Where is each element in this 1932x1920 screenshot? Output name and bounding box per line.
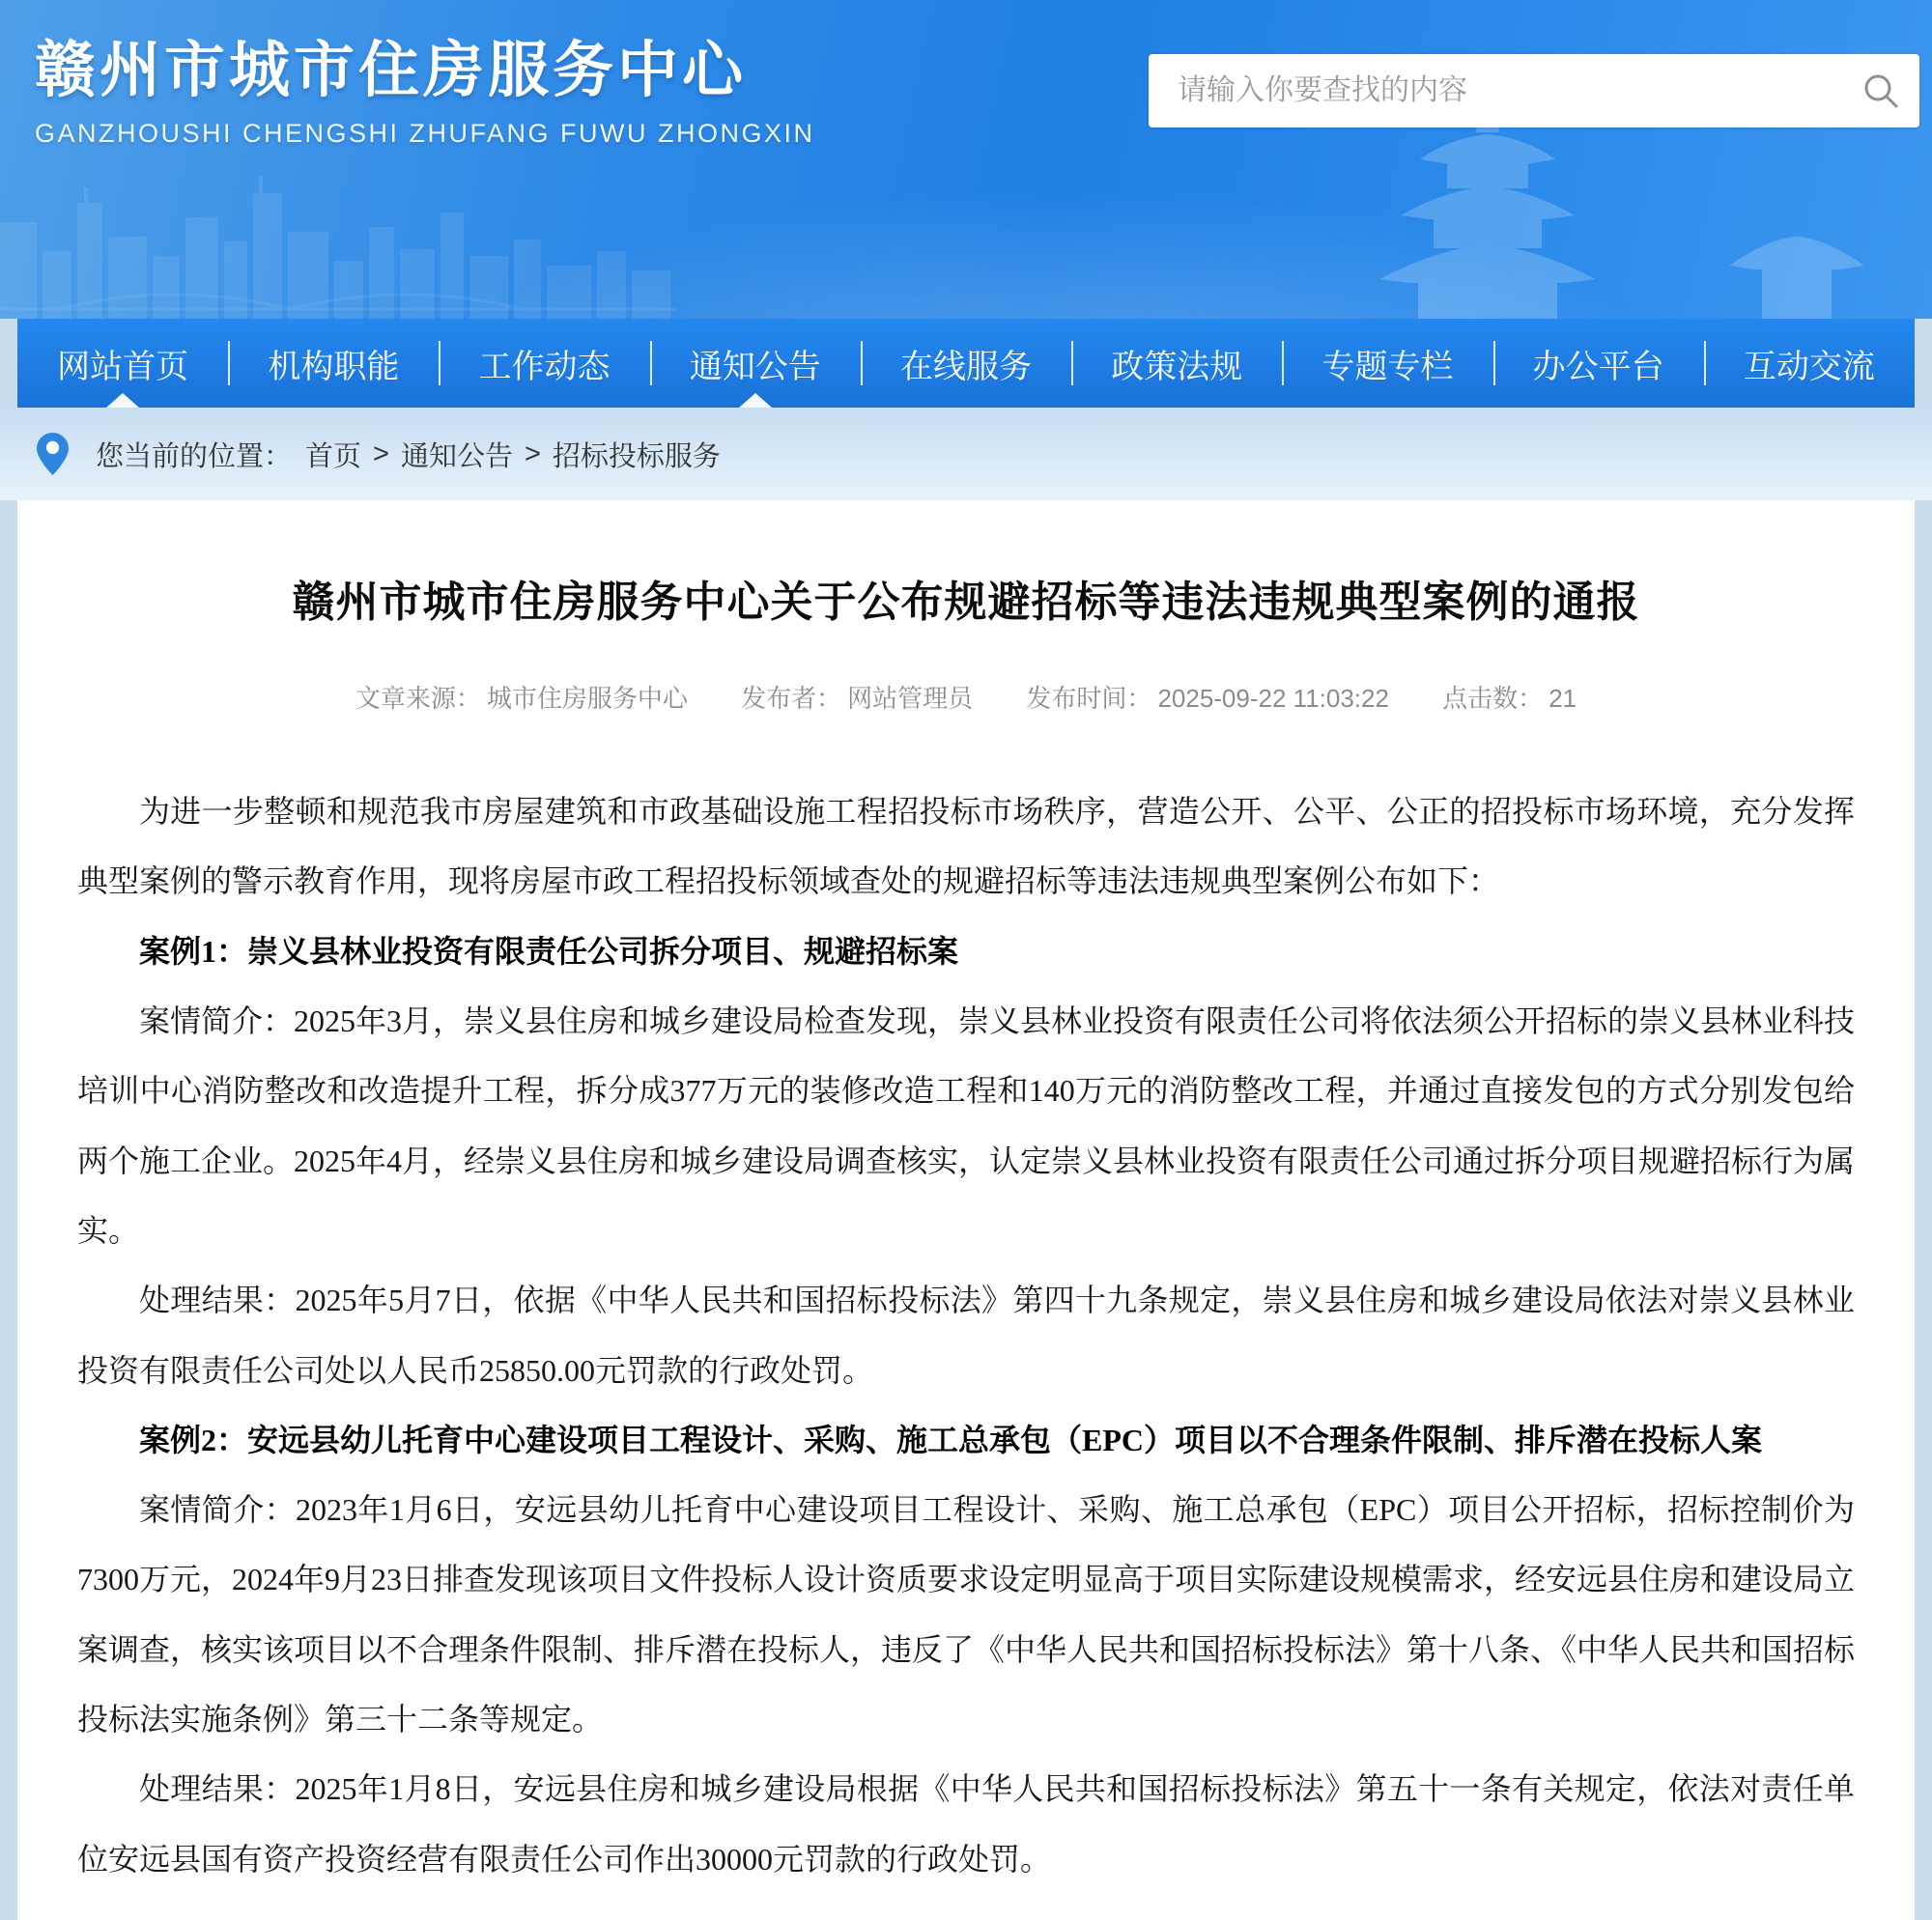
main-nav: 网站首页 机构职能 工作动态 通知公告 在线服务 政策法规 专题专栏 办公平台 …: [17, 319, 1915, 408]
case2-brief: 案情简介：2023年1月6日，安远县幼儿托育中心建设项目工程设计、采购、施工总承…: [77, 1475, 1855, 1754]
active-indicator: [739, 393, 772, 408]
search-icon: [1860, 70, 1902, 112]
case2-heading: 案例2：安远县幼儿托育中心建设项目工程设计、采购、施工总承包（EPC）项目以不合…: [77, 1405, 1855, 1475]
site-subtitle: GANZHOUSHI CHENGSHI ZHUFANG FUWU ZHONGXI…: [35, 119, 815, 149]
pagoda-image: [1333, 121, 1874, 319]
nav-item-interaction[interactable]: 互动交流: [1704, 319, 1915, 408]
breadcrumb: 您当前的位置： 首页 > 通知公告 > 招标投标服务: [0, 408, 1932, 500]
nav-item-label: 机构职能: [268, 340, 399, 387]
location-pin-icon: [37, 433, 69, 475]
nav-item-label: 专题专栏: [1321, 340, 1453, 387]
search-input[interactable]: [1149, 54, 1842, 127]
breadcrumb-separator: >: [525, 438, 541, 470]
nav-item-label: 网站首页: [57, 340, 188, 387]
meta-hit-count: 点击数：21: [1442, 684, 1577, 713]
breadcrumb-prefix: 您当前的位置：: [96, 435, 292, 474]
nav-item-online-services[interactable]: 在线服务: [861, 319, 1071, 408]
site-title: 赣州市城市住房服务中心: [35, 21, 815, 109]
meta-publisher: 发布者：网站管理员: [741, 684, 973, 713]
nav-item-policies[interactable]: 政策法规: [1071, 319, 1282, 408]
meta-publish-time: 发布时间：2025-09-22 11:03:22: [1026, 684, 1389, 713]
nav-item-home[interactable]: 网站首页: [17, 319, 228, 408]
site-header: 赣州市城市住房服务中心 GANZHOUSHI CHENGSHI ZHUFANG …: [0, 0, 1932, 319]
article-title: 赣州市城市住房服务中心关于公布规避招标等违法违规典型案例的通报: [77, 500, 1855, 629]
nav-item-label: 在线服务: [900, 340, 1032, 387]
nav-item-office-platform[interactable]: 办公平台: [1493, 319, 1704, 408]
nav-item-label: 通知公告: [690, 340, 821, 387]
article-meta: 文章来源：城市住房服务中心 发布者：网站管理员 发布时间：2025-09-22 …: [77, 679, 1855, 715]
nav-item-work-updates[interactable]: 工作动态: [439, 319, 649, 408]
case1-result: 处理结果：2025年5月7日，依据《中华人民共和国招标投标法》第四十九条规定，崇…: [77, 1265, 1855, 1405]
nav-item-label: 办公平台: [1533, 340, 1664, 387]
cityscape-image: [0, 164, 676, 319]
paragraph-intro: 为进一步整顿和规范我市房屋建筑和市政基础设施工程招投标市场秩序，营造公开、公平、…: [77, 776, 1855, 917]
case1-heading: 案例1：崇义县林业投资有限责任公司拆分项目、规避招标案: [77, 917, 1855, 986]
breadcrumb-link-home[interactable]: 首页: [305, 435, 361, 474]
search-button[interactable]: [1842, 54, 1919, 127]
article-body: 为进一步整顿和规范我市房屋建筑和市政基础设施工程招投标市场秩序，营造公开、公平、…: [77, 776, 1855, 1894]
nav-item-notices[interactable]: 通知公告: [650, 319, 861, 408]
case2-result: 处理结果：2025年1月8日，安远县住房和城乡建设局根据《中华人民共和国招标投标…: [77, 1754, 1855, 1894]
nav-item-functions[interactable]: 机构职能: [228, 319, 439, 408]
breadcrumb-separator: >: [373, 438, 389, 470]
active-indicator: [106, 393, 139, 408]
nav-item-label: 互动交流: [1744, 340, 1875, 387]
case1-brief: 案情简介：2025年3月，崇义县住房和城乡建设局检查发现，崇义县林业投资有限责任…: [77, 986, 1855, 1265]
article-card: 赣州市城市住房服务中心关于公布规避招标等违法违规典型案例的通报 文章来源：城市住…: [17, 500, 1915, 1920]
search-box: [1149, 54, 1919, 127]
site-brand: 赣州市城市住房服务中心 GANZHOUSHI CHENGSHI ZHUFANG …: [35, 21, 815, 149]
nav-item-label: 工作动态: [479, 340, 611, 387]
nav-item-special-topics[interactable]: 专题专栏: [1282, 319, 1492, 408]
nav-item-label: 政策法规: [1111, 340, 1242, 387]
meta-source: 文章来源：城市住房服务中心: [355, 684, 688, 713]
breadcrumb-link-notices[interactable]: 通知公告: [401, 435, 513, 474]
breadcrumb-link-bidding-service[interactable]: 招标投标服务: [553, 435, 721, 474]
